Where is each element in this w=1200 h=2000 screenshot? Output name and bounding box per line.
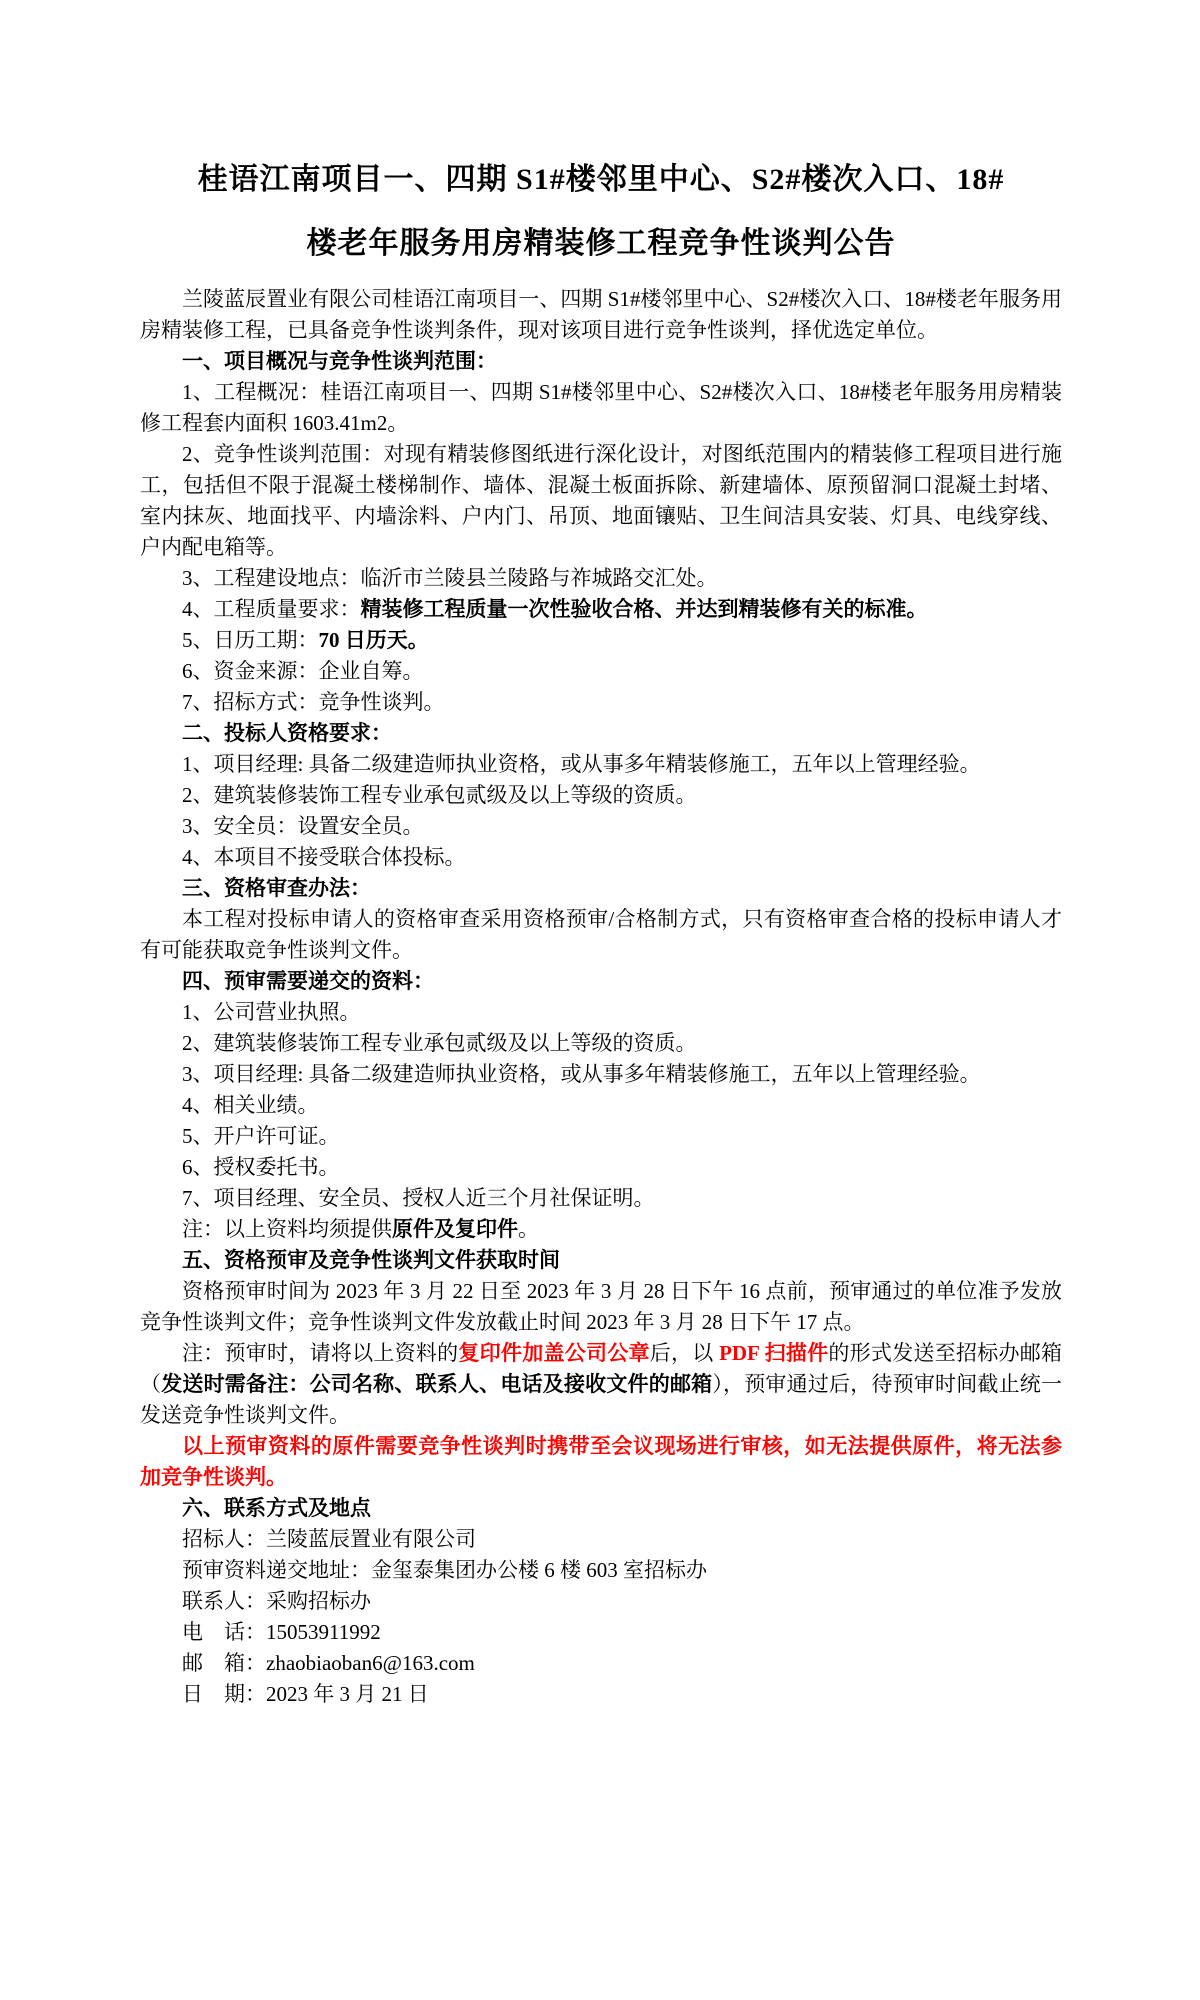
text-run: 联系人：采购招标办 <box>182 1589 371 1613</box>
text-run: 资格预审时间为 2023 年 3 月 22 日至 2023 年 3 月 28 日… <box>140 1279 1062 1334</box>
text-run: 注：以上资料均须提供 <box>182 1217 392 1241</box>
section-heading: 四、预审需要递交的资料： <box>140 966 1062 997</box>
paragraph: 2、建筑装修装饰工程专业承包贰级及以上等级的资质。 <box>140 780 1062 811</box>
text-run: 以上预审资料的原件需要竞争性谈判时携带至会议现场进行审核，如无法提供原件，将无法… <box>140 1434 1062 1489</box>
paragraph: 7、项目经理、安全员、授权人近三个月社保证明。 <box>140 1183 1062 1214</box>
text-run: 6、授权委托书。 <box>182 1155 340 1179</box>
text-run: 预审资料递交地址：金玺泰集团办公楼 6 楼 603 室招标办 <box>182 1558 707 1582</box>
paragraph: 邮 箱：zhaobiaoban6@163.com <box>140 1648 1062 1679</box>
text-run: 一、项目概况与竞争性谈判范围： <box>182 349 497 373</box>
paragraph: 3、项目经理: 具备二级建造师执业资格，或从事多年精装修施工，五年以上管理经验。 <box>140 1059 1062 1090</box>
paragraph: 6、授权委托书。 <box>140 1152 1062 1183</box>
text-run: 7、项目经理、安全员、授权人近三个月社保证明。 <box>182 1186 655 1210</box>
page-title: 桂语江南项目一、四期 S1#楼邻里中心、S2#楼次入口、18# 楼老年服务用房精… <box>140 148 1062 276</box>
text-run: 注：预审时，请将以上资料的 <box>182 1341 458 1365</box>
paragraph: 4、工程质量要求：精装修工程质量一次性验收合格、并达到精装修有关的标准。 <box>140 594 1062 625</box>
document-body: 兰陵蓝辰置业有限公司桂语江南项目一、四期 S1#楼邻里中心、S2#楼次入口、18… <box>140 284 1062 1710</box>
paragraph: 7、招标方式：竞争性谈判。 <box>140 687 1062 718</box>
paragraph: 本工程对投标申请人的资格审查采用资格预审/合格制方式，只有资格审查合格的投标申请… <box>140 904 1062 966</box>
text-run: 2、建筑装修装饰工程专业承包贰级及以上等级的资质。 <box>182 783 697 807</box>
paragraph: 3、工程建设地点：临沂市兰陵县兰陵路与祚城路交汇处。 <box>140 563 1062 594</box>
paragraph: 2、建筑装修装饰工程专业承包贰级及以上等级的资质。 <box>140 1028 1062 1059</box>
text-run: 邮 箱：zhaobiaoban6@163.com <box>182 1651 475 1675</box>
text-run: 7、招标方式：竞争性谈判。 <box>182 690 445 714</box>
text-run: 四、预审需要递交的资料： <box>182 969 434 993</box>
text-run: 2、建筑装修装饰工程专业承包贰级及以上等级的资质。 <box>182 1031 697 1055</box>
text-run: 六、联系方式及地点 <box>182 1496 371 1520</box>
paragraph: 1、公司营业执照。 <box>140 997 1062 1028</box>
text-run: 1、公司营业执照。 <box>182 1000 361 1024</box>
paragraph: 预审资料递交地址：金玺泰集团办公楼 6 楼 603 室招标办 <box>140 1555 1062 1586</box>
text-run: 复印件加盖公司公章 <box>458 1341 649 1365</box>
text-run: 兰陵蓝辰置业有限公司桂语江南项目一、四期 S1#楼邻里中心、S2#楼次入口、18… <box>140 287 1062 342</box>
page-title-line-1: 桂语江南项目一、四期 S1#楼邻里中心、S2#楼次入口、18# <box>140 148 1062 212</box>
text-run: 1、工程概况：桂语江南项目一、四期 S1#楼邻里中心、S2#楼次入口、18#楼老… <box>140 380 1062 435</box>
section-heading: 一、项目概况与竞争性谈判范围： <box>140 346 1062 377</box>
text-run: 3、工程建设地点：临沂市兰陵县兰陵路与祚城路交汇处。 <box>182 566 718 590</box>
section-heading: 三、资格审查办法： <box>140 873 1062 904</box>
text-run: 发送时需备注：公司名称、联系人、电话及接收文件的邮箱 <box>161 1372 712 1396</box>
paragraph: 4、相关业绩。 <box>140 1090 1062 1121</box>
paragraph: 资格预审时间为 2023 年 3 月 22 日至 2023 年 3 月 28 日… <box>140 1276 1062 1338</box>
text-run: 本工程对投标申请人的资格审查采用资格预审/合格制方式，只有资格审查合格的投标申请… <box>140 907 1062 962</box>
paragraph: 1、工程概况：桂语江南项目一、四期 S1#楼邻里中心、S2#楼次入口、18#楼老… <box>140 377 1062 439</box>
text-run: 4、相关业绩。 <box>182 1093 319 1117</box>
text-run: 日 期：2023 年 3 月 21 日 <box>182 1682 429 1706</box>
paragraph: 4、本项目不接受联合体投标。 <box>140 842 1062 873</box>
text-run: 1、项目经理: 具备二级建造师执业资格，或从事多年精装修施工，五年以上管理经验。 <box>182 752 981 776</box>
text-run: 5、日历工期： <box>182 628 319 652</box>
text-run: 精装修工程质量一次性验收合格、并达到精装修有关的标准。 <box>361 597 928 621</box>
paragraph: 注：预审时，请将以上资料的复印件加盖公司公章后，以 PDF 扫描件的形式发送至招… <box>140 1338 1062 1431</box>
paragraph: 电 话：15053911992 <box>140 1617 1062 1648</box>
section-heading: 六、联系方式及地点 <box>140 1493 1062 1524</box>
text-run: PDF 扫描件 <box>719 1341 828 1365</box>
paragraph: 3、安全员：设置安全员。 <box>140 811 1062 842</box>
text-run: 3、安全员：设置安全员。 <box>182 814 424 838</box>
text-run: 原件及复印件 <box>392 1217 518 1241</box>
paragraph: 6、资金来源：企业自筹。 <box>140 656 1062 687</box>
text-run: 。 <box>518 1217 539 1241</box>
section-heading: 五、资格预审及竞争性谈判文件获取时间 <box>140 1245 1062 1276</box>
section-heading: 二、投标人资格要求： <box>140 718 1062 749</box>
paragraph: 兰陵蓝辰置业有限公司桂语江南项目一、四期 S1#楼邻里中心、S2#楼次入口、18… <box>140 284 1062 346</box>
page-title-line-2: 楼老年服务用房精装修工程竞争性谈判公告 <box>140 212 1062 276</box>
paragraph: 5、日历工期：70 日历天。 <box>140 625 1062 656</box>
text-run: 2、竞争性谈判范围：对现有精装修图纸进行深化设计，对图纸范围内的精装修工程项目进… <box>140 442 1062 559</box>
paragraph: 2、竞争性谈判范围：对现有精装修图纸进行深化设计，对图纸范围内的精装修工程项目进… <box>140 439 1062 563</box>
text-run: 3、项目经理: 具备二级建造师执业资格，或从事多年精装修施工，五年以上管理经验。 <box>182 1062 981 1086</box>
text-run: 6、资金来源：企业自筹。 <box>182 659 424 683</box>
document-page: 桂语江南项目一、四期 S1#楼邻里中心、S2#楼次入口、18# 楼老年服务用房精… <box>0 0 1200 2000</box>
text-run: 三、资格审查办法： <box>182 876 371 900</box>
text-run: 五、资格预审及竞争性谈判文件获取时间 <box>182 1248 560 1272</box>
text-run: 4、本项目不接受联合体投标。 <box>182 845 466 869</box>
paragraph: 以上预审资料的原件需要竞争性谈判时携带至会议现场进行审核，如无法提供原件，将无法… <box>140 1431 1062 1493</box>
paragraph: 5、开户许可证。 <box>140 1121 1062 1152</box>
paragraph: 招标人：兰陵蓝辰置业有限公司 <box>140 1524 1062 1555</box>
text-run: 二、投标人资格要求： <box>182 721 392 745</box>
text-run: 招标人：兰陵蓝辰置业有限公司 <box>182 1527 476 1551</box>
text-run: 4、工程质量要求： <box>182 597 361 621</box>
text-run: 后，以 <box>650 1341 719 1365</box>
paragraph: 联系人：采购招标办 <box>140 1586 1062 1617</box>
text-run: 70 日历天。 <box>319 628 429 652</box>
text-run: 电 话：15053911992 <box>182 1620 381 1644</box>
text-run: 5、开户许可证。 <box>182 1124 340 1148</box>
paragraph: 日 期：2023 年 3 月 21 日 <box>140 1679 1062 1710</box>
paragraph: 注：以上资料均须提供原件及复印件。 <box>140 1214 1062 1245</box>
paragraph: 1、项目经理: 具备二级建造师执业资格，或从事多年精装修施工，五年以上管理经验。 <box>140 749 1062 780</box>
